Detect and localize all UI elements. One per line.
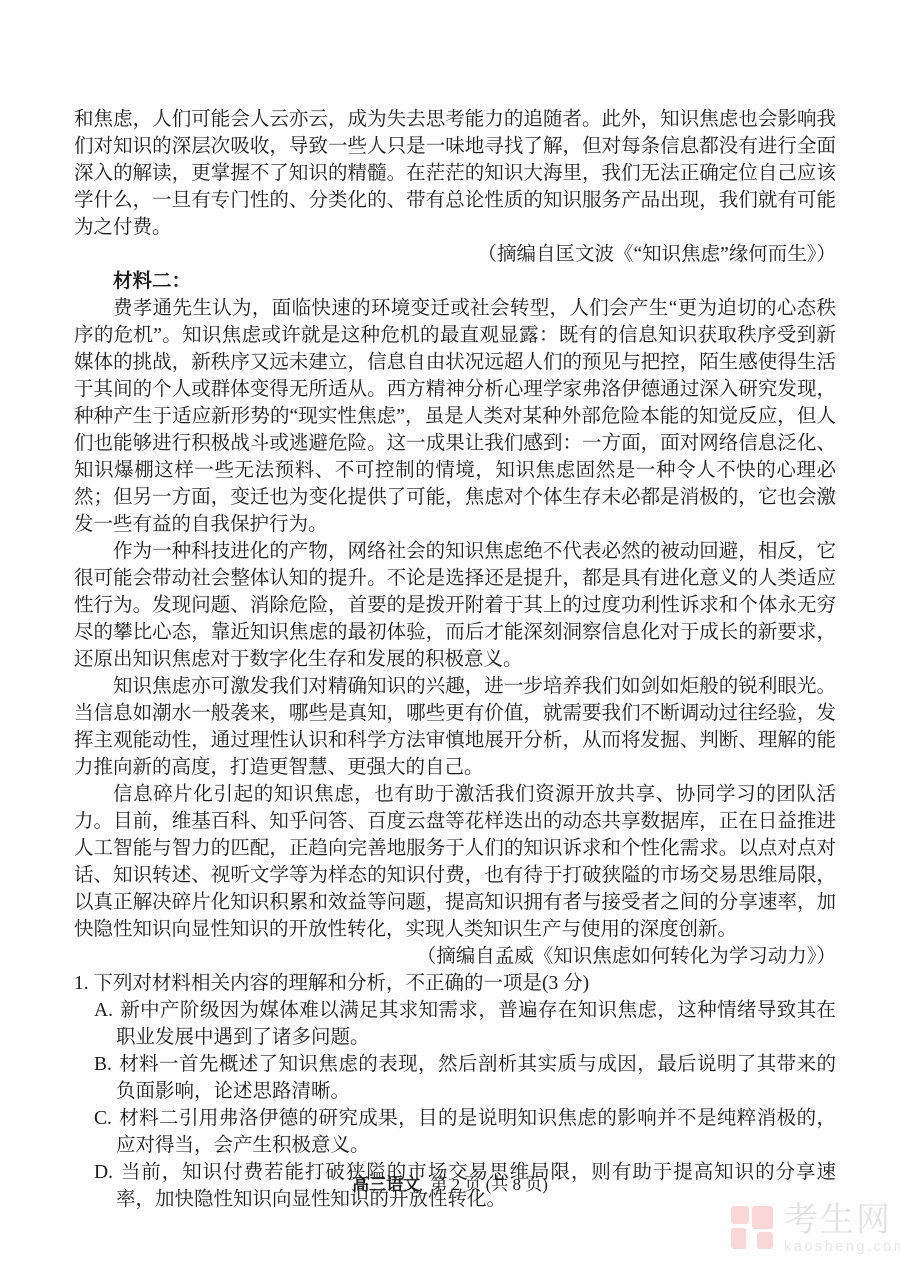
material-one-tail-paragraph: 和焦虑，人们可能会人云亦云，成为失去思考能力的追随者。此外，知识焦虑也会影响我们…: [74, 106, 836, 241]
material-two-source: （摘编自孟威《知识焦虑如何转化为学习动力》）: [74, 943, 836, 970]
option-a-label: A.: [94, 1000, 113, 1021]
material-one-source: （摘编自匡文波《“知识焦虑”缘何而生》）: [74, 241, 836, 268]
question-1-number: 1.: [74, 973, 89, 994]
option-c-label: C.: [94, 1108, 112, 1129]
material-two-paragraph-2: 作为一种科技进化的产物，网络社会的知识焦虑绝不代表必然的被动回避，相反，它很可能…: [74, 538, 836, 673]
reading-passage: 和焦虑，人们可能会人云亦云，成为失去思考能力的追随者。此外，知识焦虑也会影响我们…: [74, 106, 836, 1213]
watermark-site-url: kaosheng.com: [784, 1240, 900, 1255]
option-b-text: 材料一首先概述了知识焦虑的表现，然后剖析其实质与成因，最后说明了其带来的负面影响…: [116, 1054, 836, 1102]
page-footer: 高三语文 第 2 页 (共 8 页): [0, 1174, 900, 1196]
option-a: A. 新中产阶级因为媒体难以满足其求知需求，普遍存在知识焦虑，这种情绪导致其在职…: [94, 997, 836, 1051]
footer-page-number: 第 2 页 (共 8 页): [430, 1175, 548, 1194]
material-two-paragraph-3: 知识焦虑亦可激发我们对精确知识的兴趣，进一步培养我们如剑如炬般的锐利眼光。当信息…: [74, 673, 836, 781]
option-b-label: B.: [94, 1054, 112, 1075]
footer-subject-title: 高三语文: [352, 1175, 420, 1194]
material-two-heading: 材料二：: [74, 268, 836, 295]
question-1-stem: 1. 下列对材料相关内容的理解和分析，不正确的一项是(3 分): [74, 970, 836, 997]
question-1-stem-text: 下列对材料相关内容的理解和分析，不正确的一项是(3 分): [94, 973, 590, 994]
option-c-text: 材料二引用弗洛伊德的研究成果，目的是说明知识焦虑的影响并不是纯粹消极的，应对得当…: [116, 1108, 836, 1156]
material-two-paragraph-1: 费孝通先生认为，面临快速的环境变迁或社会转型，人们会产生“更为迫切的心态秩序的危…: [74, 295, 836, 538]
watermark-text-block: 考生网 kaosheng.com: [784, 1203, 900, 1255]
watermark-site-name: 考生网: [784, 1203, 900, 1237]
material-two-paragraph-4: 信息碎片化引起的知识焦虑，也有助于激活我们资源开放共享、协同学习的团队活力。目前…: [74, 781, 836, 943]
exam-page: 和焦虑，人们可能会人云亦云，成为失去思考能力的追随者。此外，知识焦虑也会影响我们…: [0, 0, 900, 1273]
kaosheng-logo-icon: [731, 1203, 775, 1253]
option-b: B. 材料一首先概述了知识焦虑的表现，然后剖析其实质与成因，最后说明了其带来的负…: [94, 1051, 836, 1105]
kaosheng-watermark: 考生网 kaosheng.com: [731, 1203, 900, 1255]
option-c: C. 材料二引用弗洛伊德的研究成果，目的是说明知识焦虑的影响并不是纯粹消极的，应…: [94, 1105, 836, 1159]
option-a-text: 新中产阶级因为媒体难以满足其求知需求，普遍存在知识焦虑，这种情绪导致其在职业发展…: [116, 1000, 836, 1048]
